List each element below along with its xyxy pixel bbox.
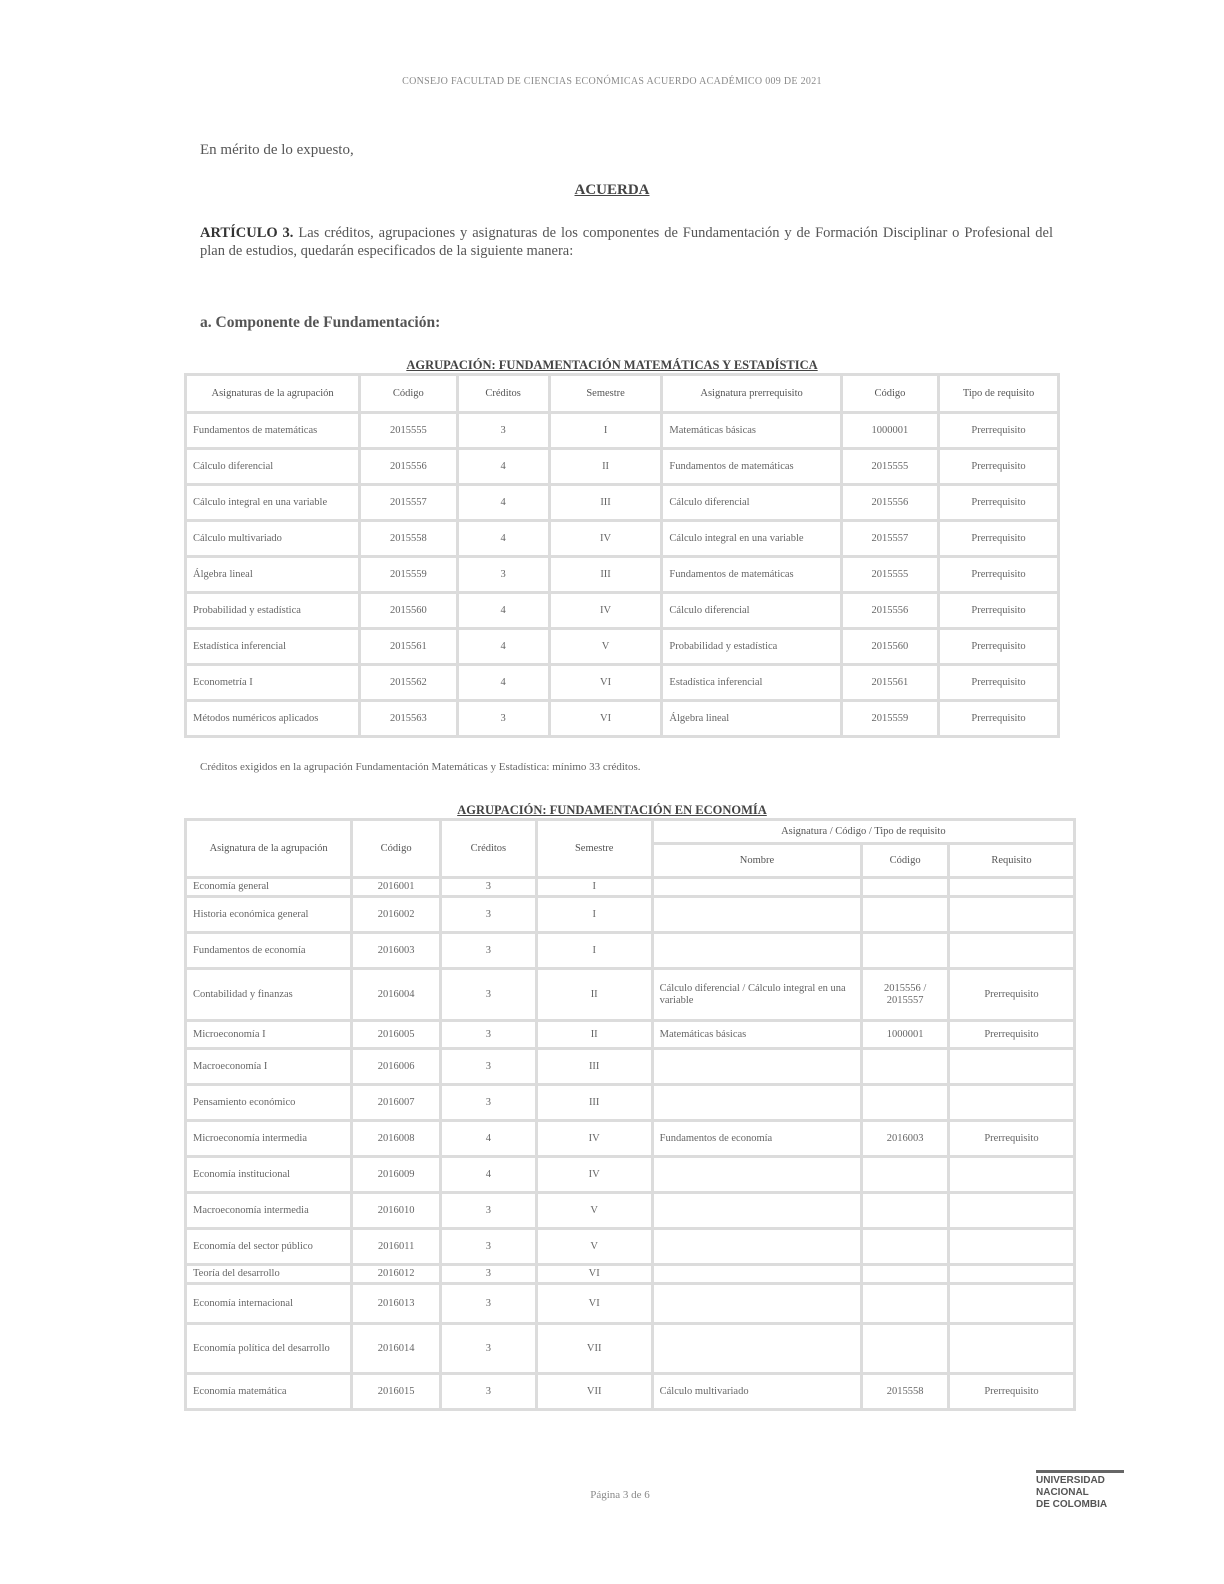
table-cell: Álgebra lineal bbox=[186, 557, 360, 593]
table-cell bbox=[652, 878, 862, 897]
table-cell: 2016005 bbox=[352, 1021, 441, 1049]
table-cell: Prerrequisito bbox=[948, 1374, 1074, 1410]
table-cell: 3 bbox=[440, 1324, 536, 1374]
table-cell: 4 bbox=[457, 593, 549, 629]
table-row: Teoría del desarrollo20160123VI bbox=[186, 1265, 1075, 1284]
table-cell: Fundamentos de economía bbox=[186, 933, 352, 969]
table-cell: Fundamentos de economía bbox=[652, 1121, 862, 1157]
table-cell: 2015558 bbox=[360, 521, 457, 557]
table-cell: 3 bbox=[440, 1284, 536, 1324]
column-subheader: Nombre bbox=[652, 844, 862, 878]
logo-line: NACIONAL bbox=[1036, 1487, 1136, 1499]
table-cell bbox=[652, 1085, 862, 1121]
table-cell: 2015556 bbox=[841, 593, 938, 629]
table-cell: Probabilidad y estadística bbox=[186, 593, 360, 629]
table-cell: 1000001 bbox=[841, 413, 938, 449]
table-cell bbox=[652, 1049, 862, 1085]
table-cell: VII bbox=[536, 1324, 652, 1374]
table-row: Economía del sector público20160113V bbox=[186, 1229, 1075, 1265]
table-cell bbox=[948, 1085, 1074, 1121]
table1-title: AGRUPACIÓN: FUNDAMENTACIÓN MATEMÁTICAS Y… bbox=[0, 358, 1224, 373]
table-cell: VII bbox=[536, 1374, 652, 1410]
table-cell bbox=[862, 897, 949, 933]
table-cell bbox=[862, 1265, 949, 1284]
table-cell: 2015561 bbox=[360, 629, 457, 665]
table-cell bbox=[652, 897, 862, 933]
table-cell: Cálculo multivariado bbox=[186, 521, 360, 557]
column-header: Asignatura de la agrupación bbox=[186, 820, 352, 878]
table-cell: Métodos numéricos aplicados bbox=[186, 701, 360, 737]
table-cell: Economía general bbox=[186, 878, 352, 897]
table-cell bbox=[862, 1193, 949, 1229]
table-row: Probabilidad y estadística20155604IVCálc… bbox=[186, 593, 1059, 629]
table-cell: I bbox=[536, 897, 652, 933]
table-cell: Economía del sector público bbox=[186, 1229, 352, 1265]
table-cell: Matemáticas básicas bbox=[662, 413, 841, 449]
table-cell: 2015563 bbox=[360, 701, 457, 737]
column-header: Créditos bbox=[440, 820, 536, 878]
table-cell: II bbox=[536, 969, 652, 1021]
table-row: Cálculo multivariado20155584IVCálculo in… bbox=[186, 521, 1059, 557]
table-cell: 2015556 bbox=[841, 485, 938, 521]
table-cell: Macroeconomía intermedia bbox=[186, 1193, 352, 1229]
table-cell bbox=[948, 878, 1074, 897]
table-cell: Econometría I bbox=[186, 665, 360, 701]
document-page: CONSEJO FACULTAD DE CIENCIAS ECONÓMICAS … bbox=[0, 0, 1224, 1584]
table-cell bbox=[948, 1265, 1074, 1284]
table-cell bbox=[862, 878, 949, 897]
table-cell bbox=[862, 1324, 949, 1374]
table-row: Microeconomía intermedia20160084IVFundam… bbox=[186, 1121, 1075, 1157]
table-cell: IV bbox=[549, 521, 662, 557]
column-subheader: Requisito bbox=[948, 844, 1074, 878]
table-cell: Economía matemática bbox=[186, 1374, 352, 1410]
table-cell: 2016013 bbox=[352, 1284, 441, 1324]
university-logo: UNIVERSIDAD NACIONAL DE COLOMBIA bbox=[1036, 1470, 1136, 1511]
fundamentacion-matematicas-table: Asignaturas de la agrupación Código Créd… bbox=[184, 373, 1060, 738]
acuerda-heading: ACUERDA bbox=[0, 182, 1224, 199]
table-cell bbox=[948, 1193, 1074, 1229]
table-cell: Microeconomía I bbox=[186, 1021, 352, 1049]
table-cell: Prerrequisito bbox=[939, 557, 1059, 593]
table-cell: 3 bbox=[440, 897, 536, 933]
table-cell: VI bbox=[549, 665, 662, 701]
logo-rule bbox=[1036, 1470, 1124, 1473]
table-cell: IV bbox=[549, 593, 662, 629]
table-cell: Prerrequisito bbox=[939, 449, 1059, 485]
table-cell: Cálculo diferencial bbox=[662, 485, 841, 521]
article-text: Las créditos, agrupaciones y asignaturas… bbox=[200, 225, 1053, 259]
table-cell bbox=[862, 1157, 949, 1193]
table-row: Macroeconomía I20160063III bbox=[186, 1049, 1075, 1085]
table-cell: Contabilidad y finanzas bbox=[186, 969, 352, 1021]
table-row: Microeconomía I20160053IIMatemáticas bás… bbox=[186, 1021, 1075, 1049]
table-cell bbox=[652, 1193, 862, 1229]
table-cell: Estadística inferencial bbox=[186, 629, 360, 665]
table-cell: Cálculo multivariado bbox=[652, 1374, 862, 1410]
table-cell: V bbox=[536, 1193, 652, 1229]
table-cell: III bbox=[536, 1049, 652, 1085]
table-cell bbox=[948, 1324, 1074, 1374]
table-cell: Cálculo diferencial / Cálculo integral e… bbox=[652, 969, 862, 1021]
table-cell: Prerrequisito bbox=[939, 485, 1059, 521]
page-number: Página 3 de 6 bbox=[560, 1489, 680, 1501]
table-cell: Álgebra lineal bbox=[662, 701, 841, 737]
column-header: Asignatura prerrequisito bbox=[662, 375, 841, 413]
table-cell: 2016010 bbox=[352, 1193, 441, 1229]
table-cell bbox=[862, 1085, 949, 1121]
running-header: CONSEJO FACULTAD DE CIENCIAS ECONÓMICAS … bbox=[0, 76, 1224, 87]
table-cell: 2015557 bbox=[841, 521, 938, 557]
table-cell: 3 bbox=[440, 933, 536, 969]
table-row: Economía institucional20160094IV bbox=[186, 1157, 1075, 1193]
table-cell: 4 bbox=[457, 485, 549, 521]
table-cell: Pensamiento económico bbox=[186, 1085, 352, 1121]
table-cell: 2015559 bbox=[841, 701, 938, 737]
table-cell: Economía política del desarrollo bbox=[186, 1324, 352, 1374]
table-cell: I bbox=[549, 413, 662, 449]
table-row: Historia económica general20160023I bbox=[186, 897, 1075, 933]
table-cell: Prerrequisito bbox=[939, 413, 1059, 449]
table-cell: 3 bbox=[440, 1229, 536, 1265]
table-cell: Fundamentos de matemáticas bbox=[186, 413, 360, 449]
column-header: Créditos bbox=[457, 375, 549, 413]
table-cell: 2016003 bbox=[862, 1121, 949, 1157]
table-cell: V bbox=[536, 1229, 652, 1265]
column-header: Asignaturas de la agrupación bbox=[186, 375, 360, 413]
table-cell: 3 bbox=[440, 1021, 536, 1049]
table-cell: 2016004 bbox=[352, 969, 441, 1021]
table-cell: Cálculo diferencial bbox=[662, 593, 841, 629]
column-header: Tipo de requisito bbox=[939, 375, 1059, 413]
table-cell: V bbox=[549, 629, 662, 665]
column-header: Código bbox=[352, 820, 441, 878]
table-cell: 2015555 bbox=[841, 557, 938, 593]
table-cell: 3 bbox=[440, 1374, 536, 1410]
table-cell: Matemáticas básicas bbox=[652, 1021, 862, 1049]
table-cell: 2015559 bbox=[360, 557, 457, 593]
table-cell: 2015562 bbox=[360, 665, 457, 701]
table-cell: III bbox=[536, 1085, 652, 1121]
table-cell: 2016006 bbox=[352, 1049, 441, 1085]
column-header: Semestre bbox=[549, 375, 662, 413]
table-row: Cálculo diferencial20155564IIFundamentos… bbox=[186, 449, 1059, 485]
table-cell: 2015560 bbox=[360, 593, 457, 629]
table-cell: Prerrequisito bbox=[948, 969, 1074, 1021]
table-cell: Fundamentos de matemáticas bbox=[662, 449, 841, 485]
table-cell: 2016007 bbox=[352, 1085, 441, 1121]
table-cell: 2015556 / 2015557 bbox=[862, 969, 949, 1021]
table-cell: Macroeconomía I bbox=[186, 1049, 352, 1085]
table-cell: Cálculo diferencial bbox=[186, 449, 360, 485]
table-cell: 3 bbox=[457, 413, 549, 449]
table-cell: 3 bbox=[440, 878, 536, 897]
table-cell: 3 bbox=[440, 1265, 536, 1284]
table-cell: 2016001 bbox=[352, 878, 441, 897]
table-row: Economía internacional20160133VI bbox=[186, 1284, 1075, 1324]
table-cell: III bbox=[549, 485, 662, 521]
table-row: Economía política del desarrollo20160143… bbox=[186, 1324, 1075, 1374]
table-cell: 4 bbox=[440, 1157, 536, 1193]
table-cell: III bbox=[549, 557, 662, 593]
table-cell: 4 bbox=[457, 521, 549, 557]
column-header: Código bbox=[360, 375, 457, 413]
table-cell: Prerrequisito bbox=[948, 1021, 1074, 1049]
table-cell: Economía internacional bbox=[186, 1284, 352, 1324]
table-cell: 4 bbox=[457, 665, 549, 701]
table-cell: I bbox=[536, 878, 652, 897]
table-row: Cálculo integral en una variable20155574… bbox=[186, 485, 1059, 521]
table-cell bbox=[948, 933, 1074, 969]
table-cell bbox=[862, 1284, 949, 1324]
table-cell: 2015560 bbox=[841, 629, 938, 665]
table-cell: 2016008 bbox=[352, 1121, 441, 1157]
table-cell: 2015555 bbox=[360, 413, 457, 449]
column-header: Asignatura / Código / Tipo de requisito bbox=[652, 820, 1074, 844]
table-cell: Prerrequisito bbox=[939, 629, 1059, 665]
table-cell: 3 bbox=[440, 1193, 536, 1229]
table-cell: 2016009 bbox=[352, 1157, 441, 1193]
table-cell bbox=[652, 1157, 862, 1193]
table-cell: Prerrequisito bbox=[939, 593, 1059, 629]
table-cell: Probabilidad y estadística bbox=[662, 629, 841, 665]
table-cell bbox=[652, 933, 862, 969]
table-cell bbox=[862, 1049, 949, 1085]
table-cell: VI bbox=[536, 1284, 652, 1324]
table-cell: VI bbox=[549, 701, 662, 737]
table-cell: 2016012 bbox=[352, 1265, 441, 1284]
table-cell bbox=[652, 1324, 862, 1374]
table-cell: 2015557 bbox=[360, 485, 457, 521]
table-row: Métodos numéricos aplicados20155633VIÁlg… bbox=[186, 701, 1059, 737]
table-cell: Cálculo integral en una variable bbox=[186, 485, 360, 521]
table-cell: 3 bbox=[440, 969, 536, 1021]
table-cell: 4 bbox=[457, 629, 549, 665]
table-row: Estadística inferencial20155614VProbabil… bbox=[186, 629, 1059, 665]
table-cell: Teoría del desarrollo bbox=[186, 1265, 352, 1284]
table-cell: 2015558 bbox=[862, 1374, 949, 1410]
table-cell: Prerrequisito bbox=[948, 1121, 1074, 1157]
column-header: Código bbox=[841, 375, 938, 413]
table-cell: Fundamentos de matemáticas bbox=[662, 557, 841, 593]
table-cell: 4 bbox=[440, 1121, 536, 1157]
table-cell: II bbox=[536, 1021, 652, 1049]
table-row: Contabilidad y finanzas20160043IICálculo… bbox=[186, 969, 1075, 1021]
table-cell: 3 bbox=[457, 557, 549, 593]
table-cell: IV bbox=[536, 1121, 652, 1157]
article-label: ARTÍCULO 3. bbox=[200, 225, 293, 241]
table-row: Macroeconomía intermedia20160103V bbox=[186, 1193, 1075, 1229]
table-cell bbox=[948, 1229, 1074, 1265]
logo-line: UNIVERSIDAD bbox=[1036, 1475, 1136, 1487]
table-cell: Prerrequisito bbox=[939, 521, 1059, 557]
table-cell: IV bbox=[536, 1157, 652, 1193]
table-cell: 3 bbox=[440, 1085, 536, 1121]
table-cell: 1000001 bbox=[862, 1021, 949, 1049]
table-row: Pensamiento económico20160073III bbox=[186, 1085, 1075, 1121]
table-row: Fundamentos de economía20160033I bbox=[186, 933, 1075, 969]
table2-title: AGRUPACIÓN: FUNDAMENTACIÓN EN ECONOMÍA bbox=[0, 803, 1224, 818]
table-cell: 2016003 bbox=[352, 933, 441, 969]
table-cell: 4 bbox=[457, 449, 549, 485]
table-cell: 3 bbox=[457, 701, 549, 737]
table-cell: 2015561 bbox=[841, 665, 938, 701]
table-cell: I bbox=[536, 933, 652, 969]
table-row: Álgebra lineal20155593IIIFundamentos de … bbox=[186, 557, 1059, 593]
section-title-a: a. Componente de Fundamentación: bbox=[200, 314, 440, 332]
table-cell: 2016015 bbox=[352, 1374, 441, 1410]
article-paragraph: ARTÍCULO 3. Las créditos, agrupaciones y… bbox=[200, 224, 1053, 260]
table-cell: 2016011 bbox=[352, 1229, 441, 1265]
table-cell: Prerrequisito bbox=[939, 665, 1059, 701]
table-header-row: Asignatura de la agrupación Código Crédi… bbox=[186, 820, 1075, 844]
table-cell: Microeconomía intermedia bbox=[186, 1121, 352, 1157]
table1-footnote: Créditos exigidos en la agrupación Funda… bbox=[200, 761, 1060, 773]
table-header-row: Asignaturas de la agrupación Código Créd… bbox=[186, 375, 1059, 413]
table-row: Economía general20160013I bbox=[186, 878, 1075, 897]
table-cell: VI bbox=[536, 1265, 652, 1284]
table-cell: 2016002 bbox=[352, 897, 441, 933]
table-cell: II bbox=[549, 449, 662, 485]
table-row: Fundamentos de matemáticas20155553IMatem… bbox=[186, 413, 1059, 449]
table-cell: 2015555 bbox=[841, 449, 938, 485]
table-cell bbox=[862, 1229, 949, 1265]
table-row: Economía matemática20160153VIICálculo mu… bbox=[186, 1374, 1075, 1410]
table-cell: 3 bbox=[440, 1049, 536, 1085]
table-cell bbox=[652, 1229, 862, 1265]
table-cell: Prerrequisito bbox=[939, 701, 1059, 737]
table-cell: 2016014 bbox=[352, 1324, 441, 1374]
table-row: Econometría I20155624VIEstadística infer… bbox=[186, 665, 1059, 701]
table-cell bbox=[652, 1265, 862, 1284]
table-cell bbox=[948, 897, 1074, 933]
table-cell bbox=[948, 1284, 1074, 1324]
column-header: Semestre bbox=[536, 820, 652, 878]
table-cell: Cálculo integral en una variable bbox=[662, 521, 841, 557]
table-cell: Estadística inferencial bbox=[662, 665, 841, 701]
table-cell: Economía institucional bbox=[186, 1157, 352, 1193]
table-cell bbox=[652, 1284, 862, 1324]
fundamentacion-economia-table: Asignatura de la agrupación Código Crédi… bbox=[184, 818, 1076, 1411]
intro-text: En mérito de lo expuesto, bbox=[200, 142, 354, 159]
table-cell bbox=[862, 933, 949, 969]
table-cell bbox=[948, 1157, 1074, 1193]
logo-line: DE COLOMBIA bbox=[1036, 1499, 1136, 1511]
table-cell: Historia económica general bbox=[186, 897, 352, 933]
column-subheader: Código bbox=[862, 844, 949, 878]
table-cell: 2015556 bbox=[360, 449, 457, 485]
table-cell bbox=[948, 1049, 1074, 1085]
